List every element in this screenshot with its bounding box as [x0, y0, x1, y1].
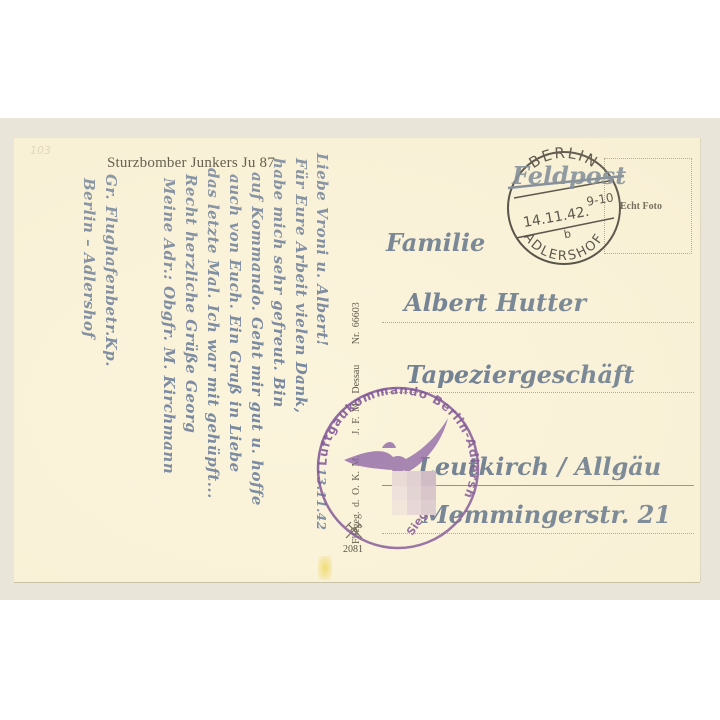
- card-number: Nr. 66603: [351, 302, 362, 344]
- address-line-1: Familie: [386, 228, 485, 257]
- unit-seal-stamp: Luftgaukommando Berlin-Adlershof Siegel: [308, 378, 488, 558]
- postmark-time: 9-10: [585, 190, 614, 209]
- message-line: habe mich sehr gefreut. Bin: [270, 158, 288, 408]
- message-line: Liebe Vroni u. Albert!: [313, 153, 331, 347]
- address-rule: [382, 322, 694, 323]
- stain: [318, 556, 332, 580]
- message-line: auf Kommando. Geht mir gut u. hoffe: [248, 172, 266, 506]
- postmark-date: 14.11.42.: [522, 204, 591, 231]
- message-line: Für Eure Arbeit vielen Dank,: [292, 158, 310, 413]
- berlin-adlershof-postmark: BERLIN ADLERSHOF 14.11.42. 9-10 b Feldpo…: [494, 140, 634, 270]
- postcard: 103 Sturzbomber Junkers Ju 87 Fliegeg. d…: [14, 138, 700, 582]
- message-line: Berlin – Adlershof: [80, 178, 98, 338]
- eagle-emblem-icon: [344, 418, 448, 472]
- printed-title: Sturzbomber Junkers Ju 87: [107, 155, 275, 172]
- postmark-letter: b: [563, 227, 572, 241]
- address-line-2: Albert Hutter: [404, 288, 586, 317]
- message-line: Meine Adr.: Obgfr. M. Kirchmann: [160, 178, 178, 474]
- message-line: Gr. Flughafenbetr.Kp.: [102, 174, 120, 367]
- message-line: das letzte Mal. Ich war mit gehüpft...: [204, 168, 222, 499]
- pencil-note: 103: [30, 144, 51, 157]
- message-line: auch von Euch. Ein Gruß in Liebe: [226, 174, 244, 473]
- message-line: Recht herzliche Grüße Georg: [182, 174, 200, 433]
- redacted-emblem: [392, 471, 436, 515]
